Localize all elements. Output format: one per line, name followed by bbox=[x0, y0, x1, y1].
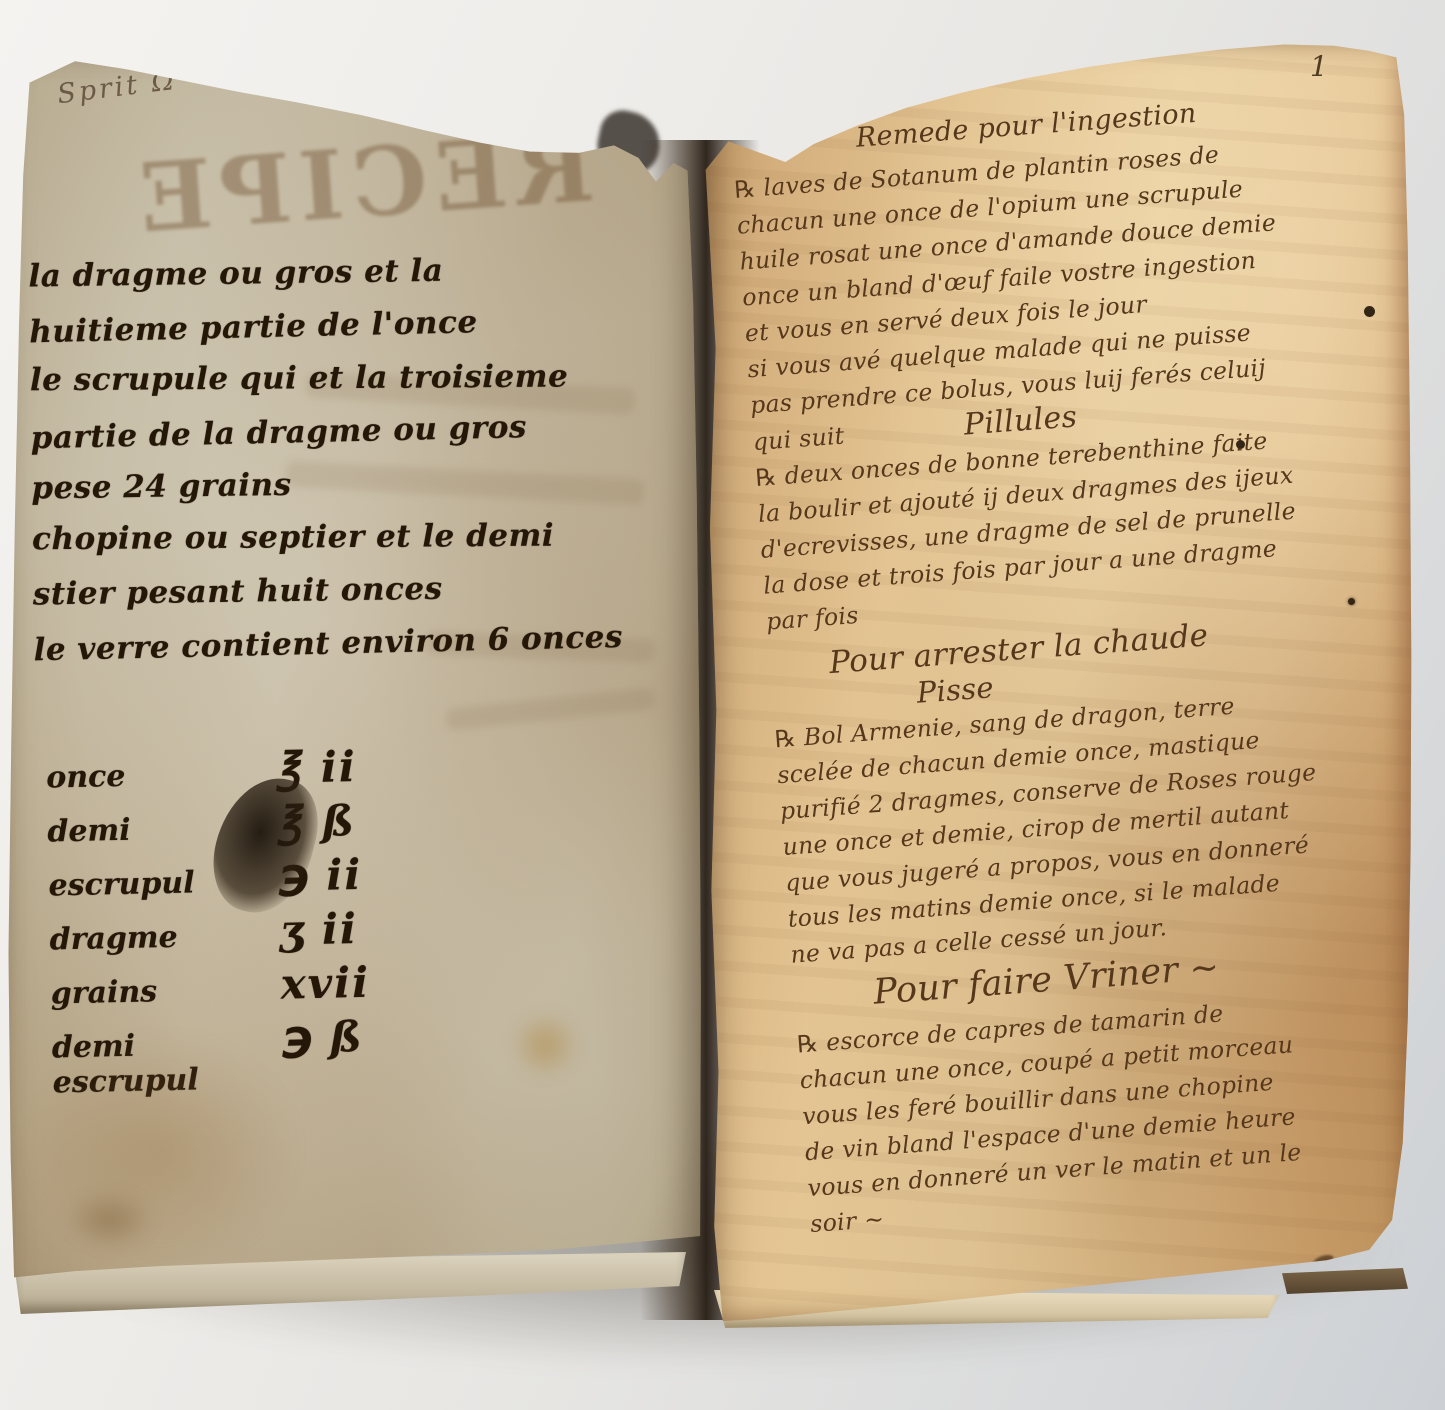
wormhole bbox=[1364, 306, 1375, 317]
page-number: 1 bbox=[1310, 50, 1328, 83]
bleedthrough-stripe bbox=[444, 687, 655, 731]
wormhole bbox=[1348, 598, 1355, 605]
left-page-text: la dragme ou gros et la huitieme partie … bbox=[28, 241, 682, 674]
paper-stain bbox=[510, 1010, 580, 1080]
right-page-text: Remede pour l'ingestion ℞ laves de Sotan… bbox=[730, 82, 1445, 1242]
manuscript-line: le scrupule qui et la troisieme bbox=[30, 350, 678, 408]
left-page: Sprit Ω RECIPE la dragme ou gros et la h… bbox=[5, 50, 705, 1305]
measure-row: grains xvii bbox=[50, 955, 481, 1018]
photo-of-manuscript-book: Sprit Ω RECIPE la dragme ou gros et la h… bbox=[0, 0, 1445, 1410]
measure-label: once bbox=[46, 756, 277, 796]
water-stain bbox=[23, 1030, 303, 1270]
ink-dot bbox=[1236, 440, 1245, 449]
measure-symbol: ℈ ß bbox=[281, 1012, 364, 1063]
paper-stain bbox=[65, 1190, 155, 1250]
right-page: 1 Remede pour l'ingestion ℞ laves de Sot… bbox=[700, 38, 1412, 1330]
measure-label: dragme bbox=[49, 918, 280, 958]
measure-label: grains bbox=[50, 972, 281, 1012]
manuscript-line: chopine ou septier et le demi bbox=[32, 509, 680, 567]
bleedthrough-title: RECIPE bbox=[110, 111, 617, 257]
corner-inscription: Sprit Ω bbox=[56, 65, 179, 110]
measure-symbol: xvii bbox=[280, 958, 370, 1009]
measure-symbol: ʒ ii bbox=[279, 904, 358, 955]
